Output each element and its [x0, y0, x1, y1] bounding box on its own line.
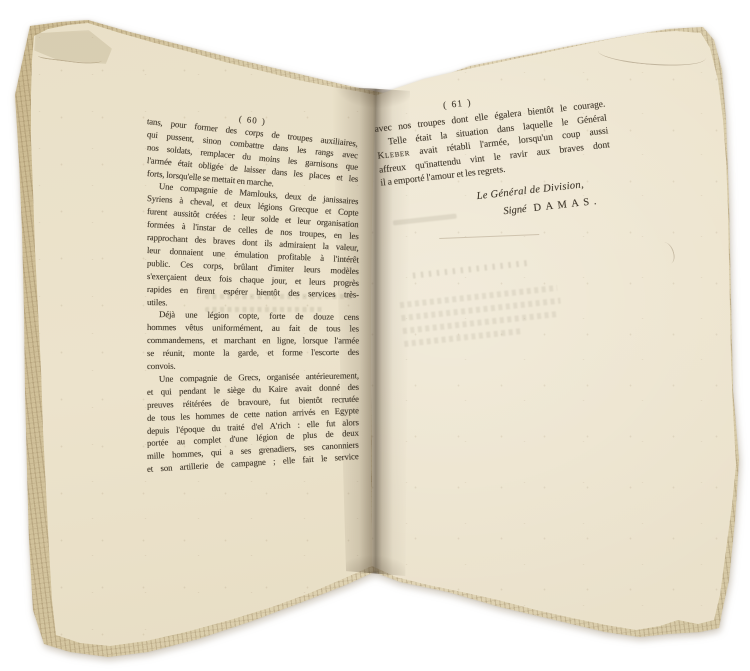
text-line: se réunit, monte la garde, et forme l'es…: [147, 347, 359, 359]
general-name: Kleber: [377, 148, 411, 162]
show-through-text: [393, 214, 457, 226]
photo-of-open-book: ( 60 ) tans, pour former des corps de tr…: [0, 0, 750, 671]
left-page-text-block: ( 60 ) tans, pour former des corps de tr…: [147, 0, 359, 520]
signed-label: Signé: [503, 204, 527, 217]
text-line: hommes vêtus uniformément, au fait de to…: [147, 322, 359, 334]
open-book: ( 60 ) tans, pour former des corps de tr…: [0, 0, 750, 671]
text-line: Déjà une légion copte, forte de douze ce…: [147, 309, 359, 323]
text-line: commandemens, et marchant en ligne, lors…: [147, 335, 359, 346]
